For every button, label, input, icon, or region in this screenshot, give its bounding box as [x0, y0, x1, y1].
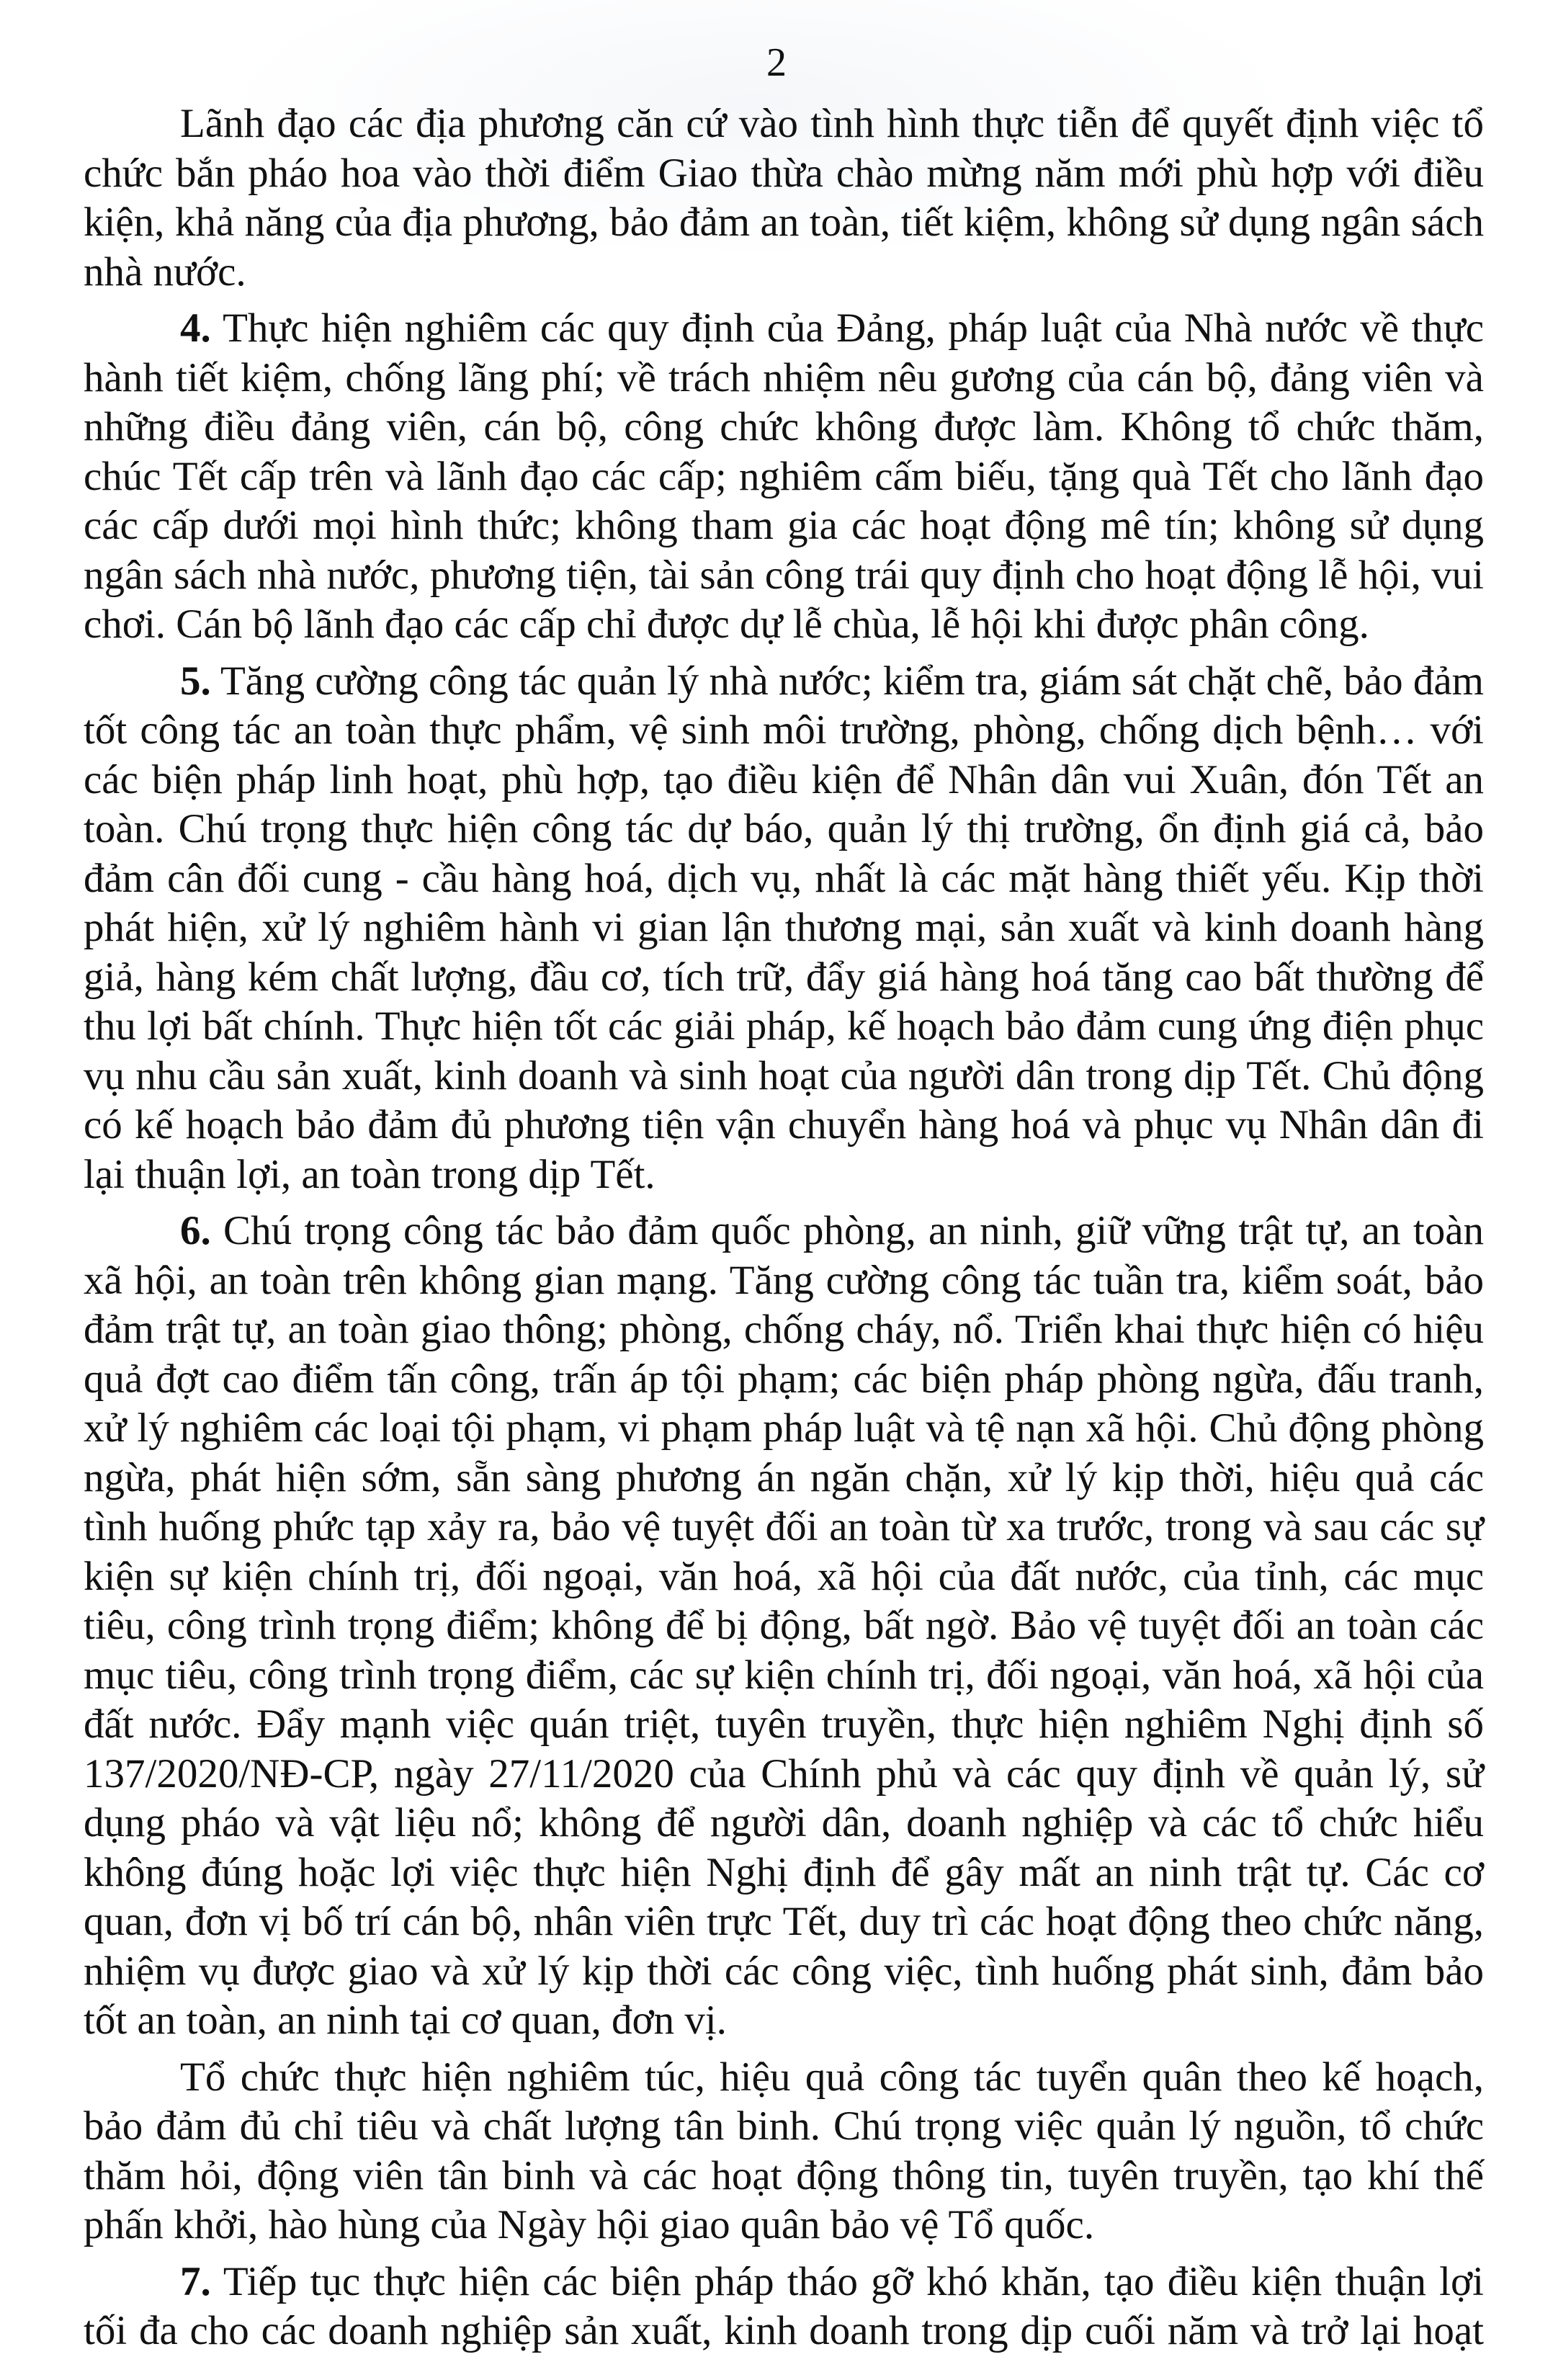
paragraph-item-4: 4. Thực hiện nghiêm các quy định của Đản…	[84, 304, 1484, 650]
paragraph-text: Chú trọng công tác bảo đảm quốc phòng, a…	[84, 1208, 1484, 2043]
paragraph-item-6: 6. Chú trọng công tác bảo đảm quốc phòng…	[84, 1207, 1484, 2046]
page-number: 2	[0, 37, 1553, 88]
paragraph-military-recruitment: Tổ chức thực hiện nghiêm túc, hiệu quả c…	[84, 2053, 1484, 2250]
paragraph-text: Lãnh đạo các địa phương căn cứ vào tình …	[84, 101, 1484, 295]
paragraph-number: 7.	[180, 2259, 211, 2304]
paragraph-item-5: 5. Tăng cường công tác quản lý nhà nước;…	[84, 657, 1484, 1200]
paragraph-number: 4.	[180, 305, 211, 351]
paragraph-number: 6.	[180, 1208, 211, 1253]
document-body: Lãnh đạo các địa phương căn cứ vào tình …	[84, 99, 1484, 2363]
paragraph-text: Thực hiện nghiêm các quy định của Đảng, …	[84, 305, 1484, 647]
paragraph-item-7: 7. Tiếp tục thực hiện các biện pháp tháo…	[84, 2258, 1484, 2356]
paragraph-number: 5.	[180, 658, 211, 704]
paragraph-fireworks: Lãnh đạo các địa phương căn cứ vào tình …	[84, 99, 1484, 297]
paragraph-text: Tổ chức thực hiện nghiêm túc, hiệu quả c…	[84, 2054, 1484, 2248]
paragraph-text: Tiếp tục thực hiện các biện pháp tháo gỡ…	[84, 2259, 1484, 2354]
paragraph-text: Tăng cường công tác quản lý nhà nước; ki…	[84, 658, 1484, 1197]
